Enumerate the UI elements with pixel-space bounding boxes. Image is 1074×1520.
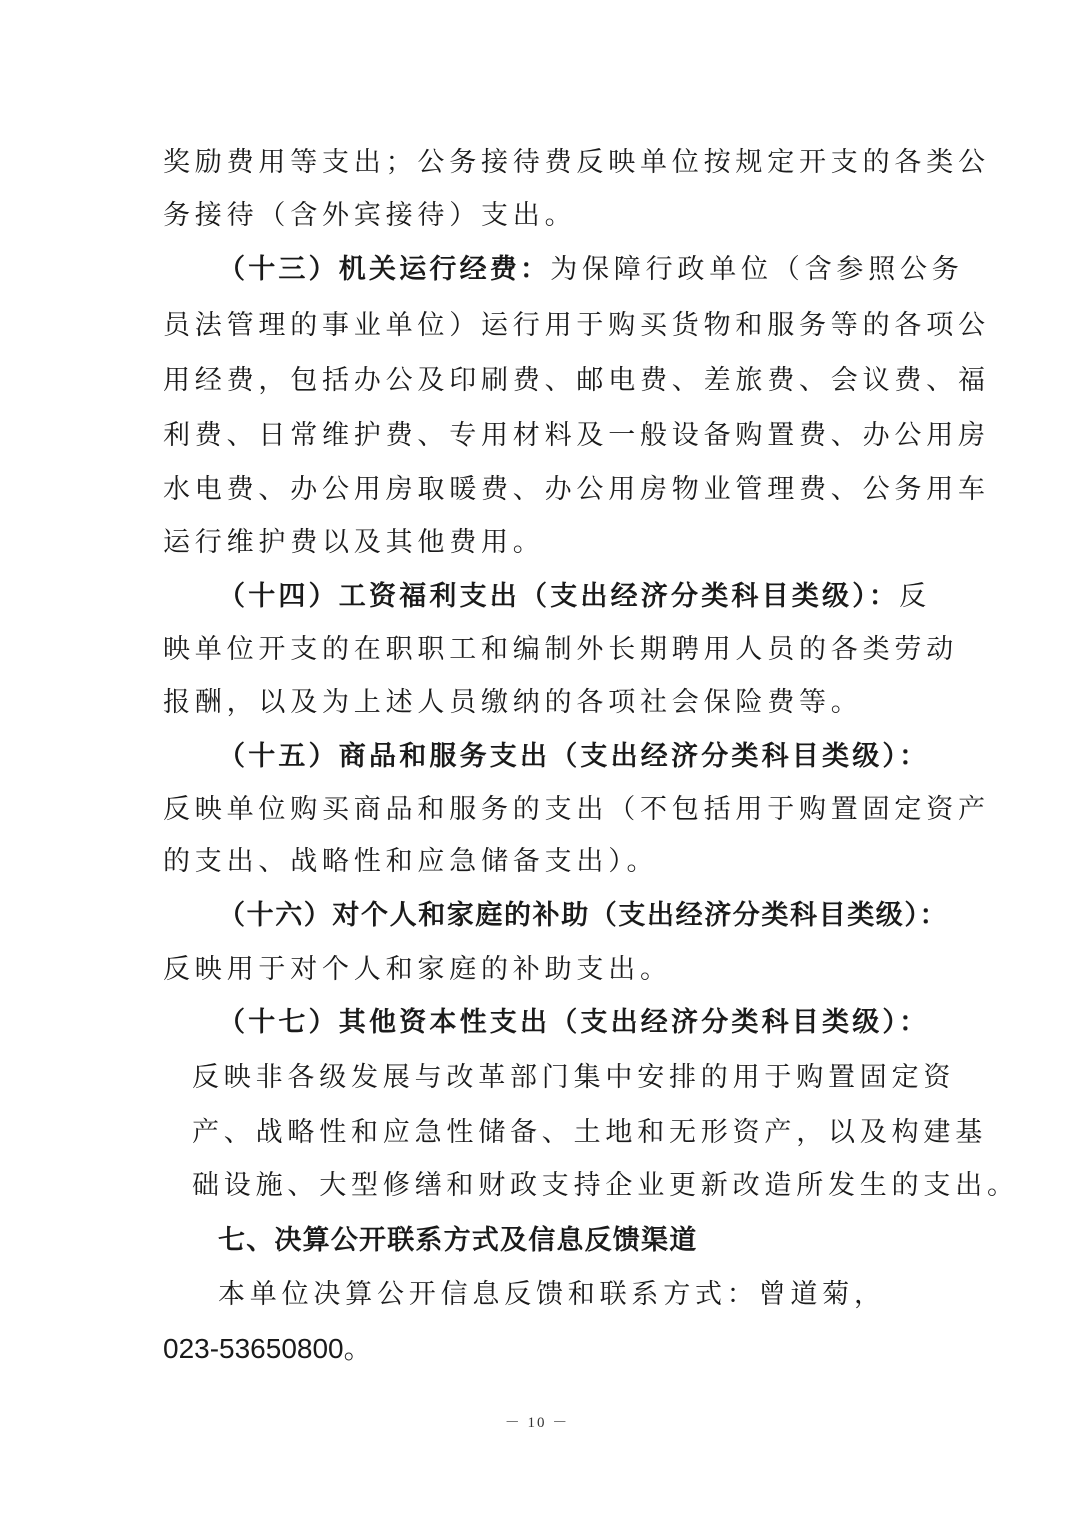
contact-line: 本单位决算公开信息反馈和联系方式：曾道菊，	[218, 1277, 886, 1313]
section-17-body-line: 础设施、大型修缮和财政支持企业更新改造所发生的支出。	[192, 1168, 1019, 1204]
section-14-first-rest: 反	[899, 581, 931, 612]
section-17-title: （十七）其他资本性支出（支出经济分类科目类级）：	[218, 1007, 929, 1038]
section-16-body-line: 反映用于对个人和家庭的补助支出。	[163, 952, 672, 988]
section-14-first-line: （十四）工资福利支出（支出经济分类科目类级）：反	[218, 579, 931, 615]
section-14-body-line: 报酬，以及为上述人员缴纳的各项社会保险费等。	[163, 685, 863, 721]
section-13-body-line: 员法管理的事业单位）运行用于购买货物和服务等的各项公	[163, 308, 990, 344]
section-16-first-line: （十六）对个人和家庭的补助（支出经济分类科目类级）：	[218, 898, 948, 934]
section-13-body-line: 利费、日常维护费、专用材料及一般设备购置费、办公用房	[163, 418, 990, 454]
paragraph-line: 务接待（含外宾接待）支出。	[163, 198, 576, 234]
page-number: － 10 －	[0, 1411, 1074, 1432]
section-17-first-line: （十七）其他资本性支出（支出经济分类科目类级）：	[218, 1005, 929, 1041]
section-13-first-line: （十三）机关运行经费：为保障行政单位（含参照公务	[218, 252, 964, 288]
section-13-body-line: 运行维护费以及其他费用。	[163, 525, 545, 561]
section-15-first-line: （十五）商品和服务支出（支出经济分类科目类级）：	[218, 739, 929, 775]
section-14-title: （十四）工资福利支出（支出经济分类科目类级）：	[218, 581, 899, 612]
section-15-body-line: 的支出、战略性和应急储备支出）。	[163, 844, 658, 880]
section-17-body-line: 反映非各级发展与改革部门集中安排的用于购置固定资	[192, 1060, 955, 1096]
document-page: 奖励费用等支出；公务接待费反映单位按规定开支的各类公 务接待（含外宾接待）支出。…	[0, 0, 1074, 1520]
contact-phone: 023-53650800。	[163, 1331, 372, 1367]
paragraph-line: 奖励费用等支出；公务接待费反映单位按规定开支的各类公	[163, 145, 990, 181]
section-16-title: （十六）对个人和家庭的补助（支出经济分类科目类级）：	[218, 900, 948, 931]
section-14-body-line: 映单位开支的在职职工和编制外长期聘用人员的各类劳动	[163, 632, 958, 668]
section-13-body-line: 用经费，包括办公及印刷费、邮电费、差旅费、会议费、福	[163, 363, 990, 399]
section-13-first-rest: 为保障行政单位（含参照公务	[550, 254, 963, 285]
section-13-body-line: 水电费、办公用房取暖费、办公用房物业管理费、公务用车	[163, 472, 990, 508]
section-15-body-line: 反映单位购买商品和服务的支出（不包括用于购置固定资产	[163, 792, 990, 828]
section-17-body-line: 产、战略性和应急性储备、土地和无形资产，以及构建基	[192, 1115, 987, 1151]
chapter-heading: 七、决算公开联系方式及信息反馈渠道	[218, 1223, 697, 1259]
section-15-title: （十五）商品和服务支出（支出经济分类科目类级）：	[218, 741, 929, 772]
section-13-title: （十三）机关运行经费：	[218, 254, 550, 285]
